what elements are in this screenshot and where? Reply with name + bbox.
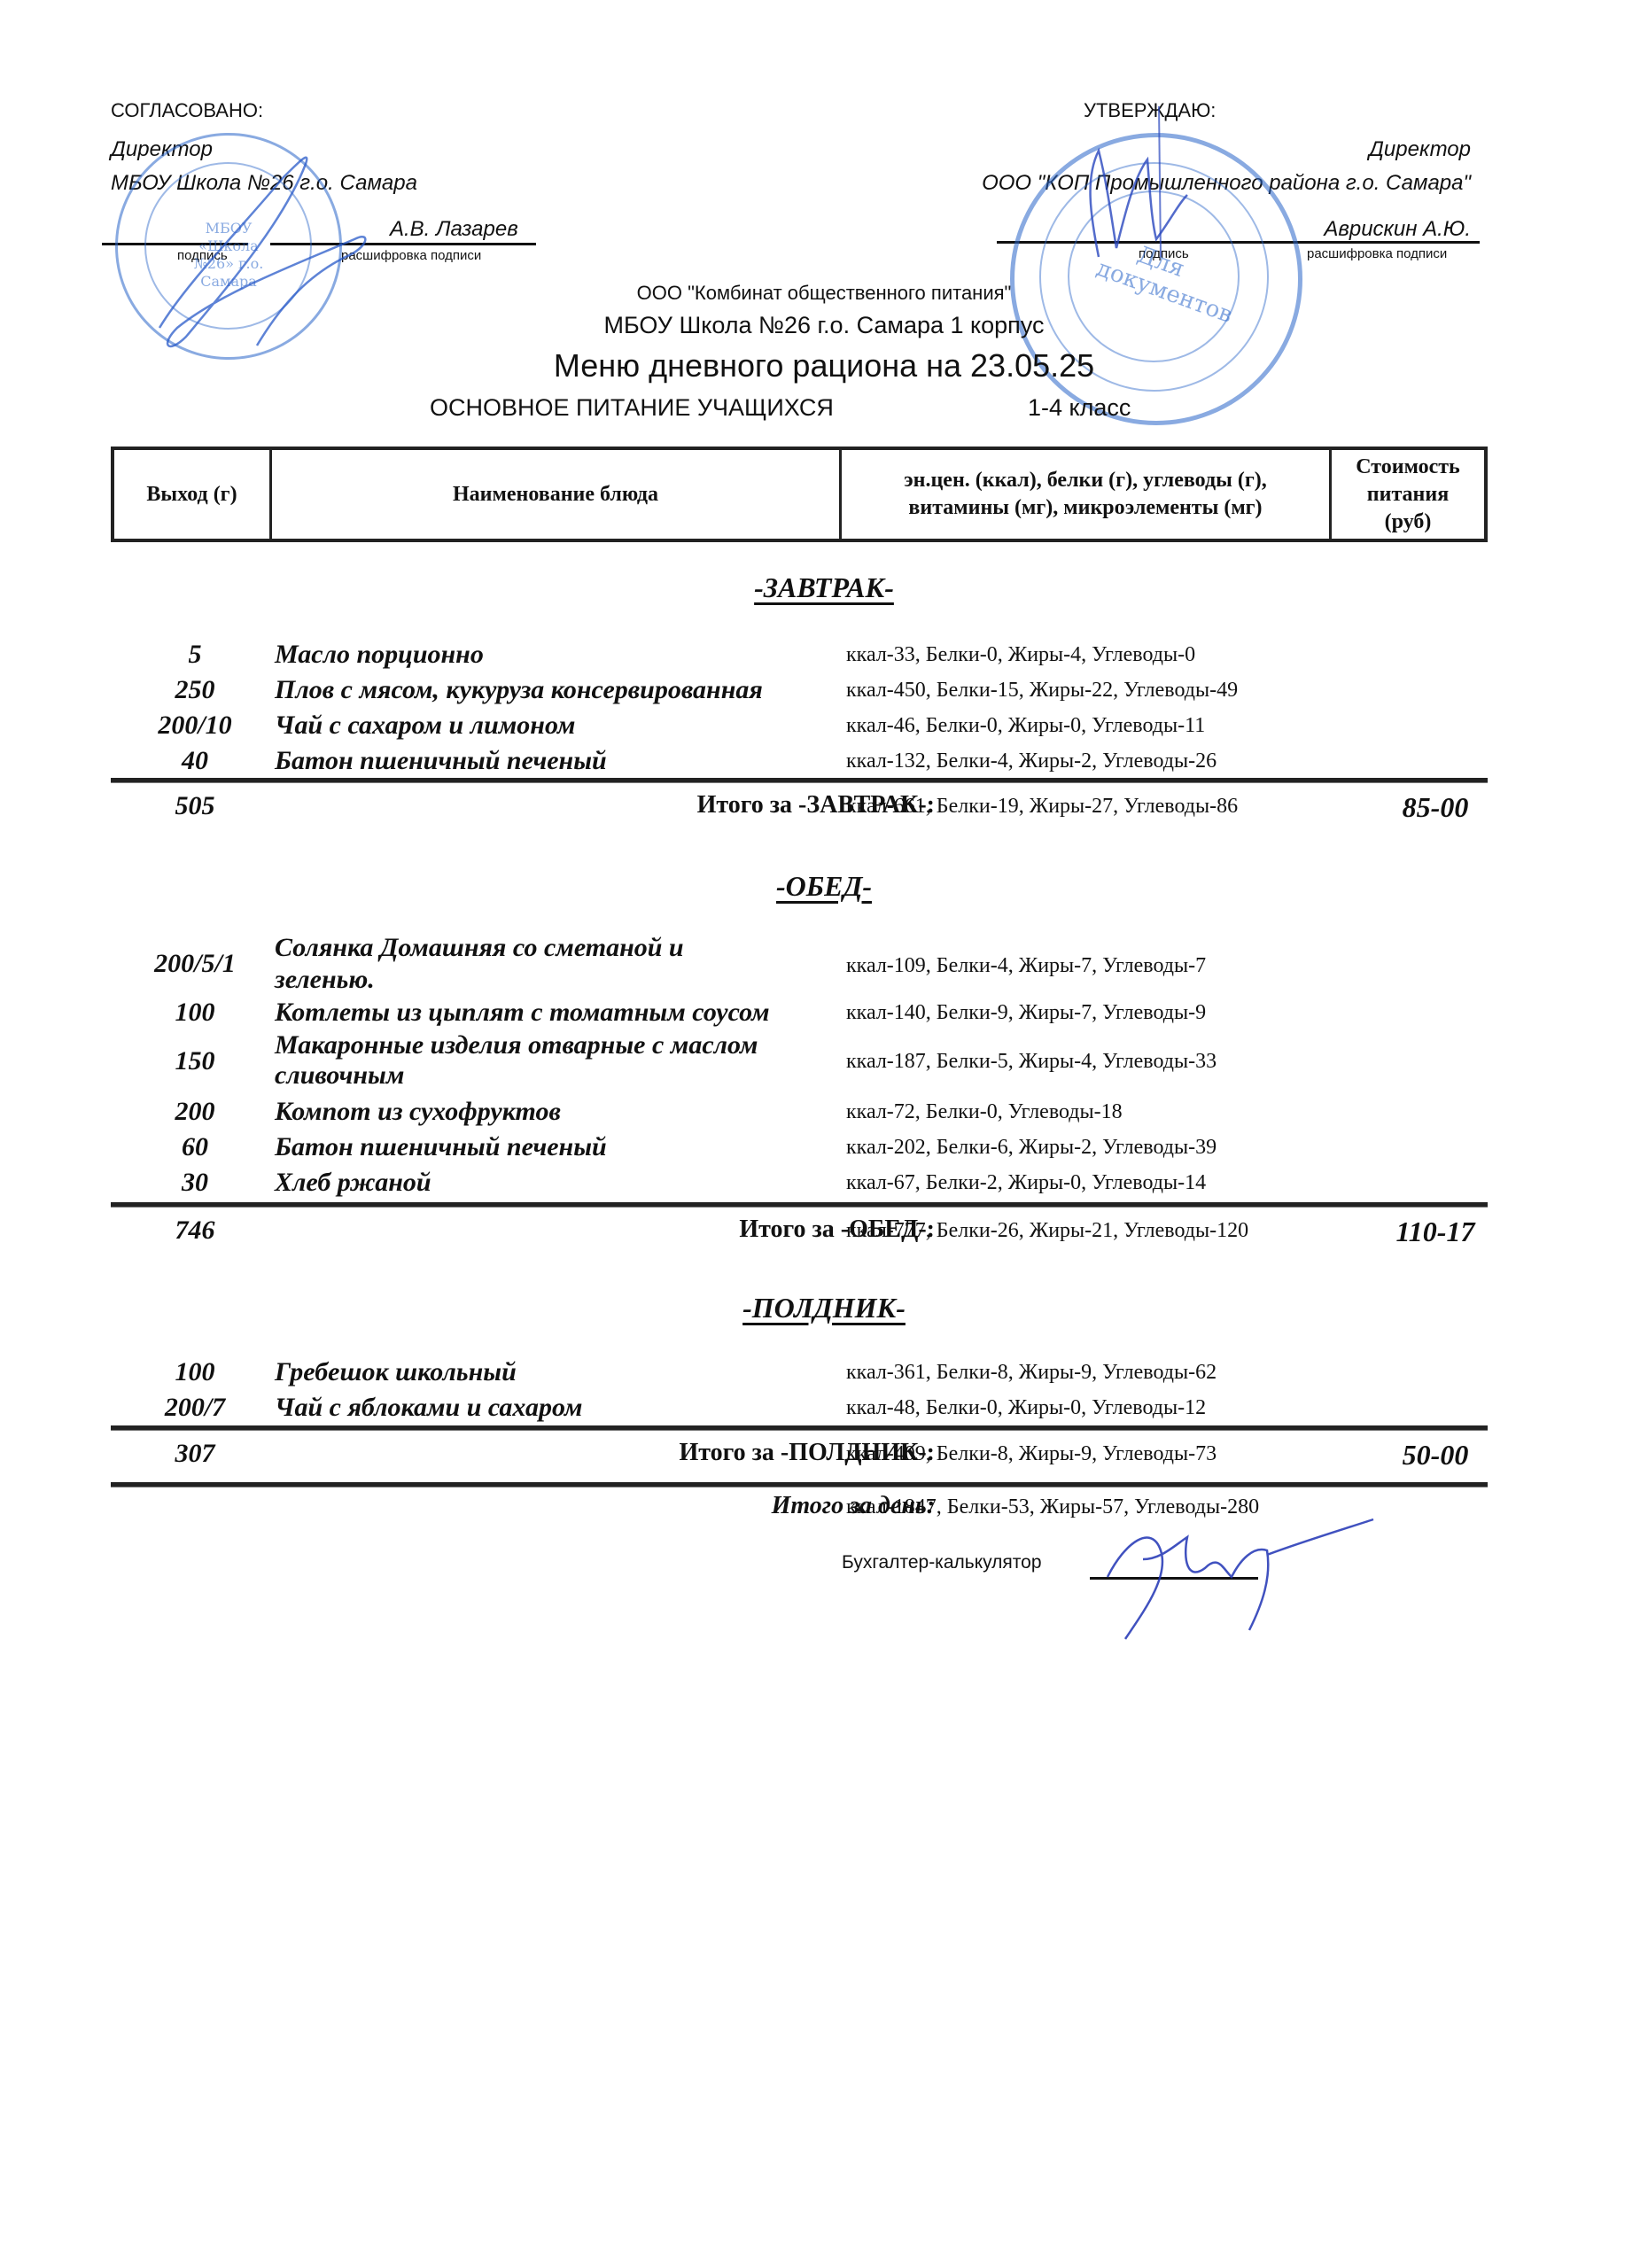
item-nutrition: ккал-46, Белки-0, Жиры-0, Углеводы-11 bbox=[846, 714, 1205, 738]
header-nutrition-line2: витамины (мг), микроэлементы (мг) bbox=[908, 494, 1262, 522]
item-qty: 5 bbox=[111, 640, 279, 670]
item-name: Компот из сухофруктов bbox=[275, 1097, 939, 1127]
item-qty: 250 bbox=[111, 675, 279, 705]
accountant-signature-scribble bbox=[1090, 1506, 1382, 1657]
header-dish-name: Наименование блюда bbox=[272, 450, 842, 539]
item-qty: 150 bbox=[111, 1046, 279, 1076]
total-nutrition: ккал-777, Белки-26, Жиры-21, Углеводы-12… bbox=[846, 1219, 1248, 1243]
item-nutrition: ккал-202, Белки-6, Жиры-2, Углеводы-39 bbox=[846, 1136, 1217, 1160]
approval-left-name: А.В. Лазарев bbox=[390, 217, 518, 242]
approval-right-position: Директор bbox=[1369, 137, 1471, 162]
section-divider bbox=[111, 1202, 1488, 1208]
company-name: ООО "Комбинат общественного питания" bbox=[0, 282, 1648, 305]
item-name: Чай с сахаром и лимоном bbox=[275, 711, 939, 741]
section-divider bbox=[111, 778, 1488, 783]
item-qty: 200/10 bbox=[111, 711, 279, 741]
item-name: Котлеты из цыплят с томатным соусом bbox=[275, 998, 939, 1028]
menu-table-header: Выход (г) Наименование блюда эн.цен. (кк… bbox=[111, 447, 1488, 542]
item-nutrition: ккал-132, Белки-4, Жиры-2, Углеводы-26 bbox=[846, 750, 1217, 773]
section-divider bbox=[111, 1425, 1488, 1431]
approval-right-caption-name: расшифровка подписи bbox=[1307, 246, 1447, 261]
item-qty: 100 bbox=[111, 1357, 279, 1387]
item-name: Батон пшеничный печеный bbox=[275, 746, 939, 776]
item-qty: 60 bbox=[111, 1132, 279, 1162]
total-nutrition: ккал-409, Белки-8, Жиры-9, Углеводы-73 bbox=[846, 1442, 1217, 1466]
section-title-snack: -ПОЛДНИК- bbox=[0, 1292, 1648, 1324]
item-name-line1: Солянка Домашняя со сметаной и bbox=[275, 933, 939, 963]
right-signature-scribble bbox=[1046, 97, 1223, 275]
total-nutrition: ккал-661, Белки-19, Жиры-27, Углеводы-86 bbox=[846, 795, 1238, 819]
item-name-line2: зеленью. bbox=[275, 965, 939, 995]
item-name: Плов с мясом, кукуруза консервированная bbox=[275, 675, 939, 705]
item-name: Гребешок школьный bbox=[275, 1357, 939, 1387]
total-qty: 307 bbox=[111, 1439, 279, 1469]
item-name: Хлеб ржаной bbox=[275, 1168, 939, 1198]
item-nutrition: ккал-67, Белки-2, Жиры-0, Углеводы-14 bbox=[846, 1171, 1206, 1195]
item-nutrition: ккал-450, Белки-15, Жиры-22, Углеводы-49 bbox=[846, 679, 1238, 703]
total-qty: 505 bbox=[111, 791, 279, 821]
item-qty: 200/5/1 bbox=[111, 949, 279, 979]
header-cost-line2: питания bbox=[1367, 481, 1449, 509]
item-nutrition: ккал-187, Белки-5, Жиры-4, Углеводы-33 bbox=[846, 1050, 1217, 1074]
item-qty: 40 bbox=[111, 746, 279, 776]
item-name: Масло порционно bbox=[275, 640, 939, 670]
item-qty: 30 bbox=[111, 1168, 279, 1198]
header-cost: Стоимость питания (руб) bbox=[1332, 450, 1484, 539]
total-cost: 85-00 bbox=[1369, 791, 1502, 824]
header-nutrition-line1: эн.цен. (ккал), белки (г), углеводы (г), bbox=[904, 467, 1266, 494]
approval-right-name: Аврискин А.Ю. bbox=[1324, 217, 1471, 242]
item-nutrition: ккал-140, Белки-9, Жиры-7, Углеводы-9 bbox=[846, 1001, 1206, 1025]
item-nutrition: ккал-48, Белки-0, Жиры-0, Углеводы-12 bbox=[846, 1396, 1206, 1420]
header-cost-line1: Стоимость bbox=[1356, 454, 1459, 481]
approval-right-name-line bbox=[1302, 241, 1480, 244]
total-cost: 110-17 bbox=[1369, 1216, 1502, 1248]
item-name-line1: Макаронные изделия отварные с маслом bbox=[275, 1030, 939, 1060]
approval-left-heading: СОГЛАСОВАНО: bbox=[111, 99, 263, 122]
accountant-label: Бухгалтер-калькулятор bbox=[842, 1552, 1042, 1573]
section-divider bbox=[111, 1482, 1488, 1487]
item-nutrition: ккал-361, Белки-8, Жиры-9, Углеводы-62 bbox=[846, 1361, 1217, 1385]
section-title-lunch: -ОБЕД- bbox=[0, 870, 1648, 903]
header-nutrition: эн.цен. (ккал), белки (г), углеводы (г),… bbox=[842, 450, 1332, 539]
item-qty: 200 bbox=[111, 1097, 279, 1127]
header-cost-line3: (руб) bbox=[1385, 509, 1432, 536]
item-name: Чай с яблоками и сахаром bbox=[275, 1393, 939, 1423]
grade: 1-4 класс bbox=[1028, 394, 1131, 422]
item-name: Батон пшеничный печеный bbox=[275, 1132, 939, 1162]
item-nutrition: ккал-109, Белки-4, Жиры-7, Углеводы-7 bbox=[846, 954, 1206, 978]
meal-type: ОСНОВНОЕ ПИТАНИЕ УЧАЩИХСЯ bbox=[430, 394, 834, 422]
section-title-breakfast: -ЗАВТРАК- bbox=[0, 571, 1648, 604]
item-nutrition: ккал-72, Белки-0, Углеводы-18 bbox=[846, 1100, 1123, 1124]
header-yield: Выход (г) bbox=[114, 450, 272, 539]
total-qty: 746 bbox=[111, 1216, 279, 1246]
item-qty: 100 bbox=[111, 998, 279, 1028]
total-cost: 50-00 bbox=[1369, 1439, 1502, 1472]
item-qty: 200/7 bbox=[111, 1393, 279, 1423]
item-nutrition: ккал-33, Белки-0, Жиры-4, Углеводы-0 bbox=[846, 643, 1195, 667]
menu-title: Меню дневного рациона на 23.05.25 bbox=[0, 347, 1648, 384]
item-name-line2: сливочным bbox=[275, 1060, 939, 1091]
school-name: МБОУ Школа №26 г.о. Самара 1 корпус bbox=[0, 312, 1648, 339]
